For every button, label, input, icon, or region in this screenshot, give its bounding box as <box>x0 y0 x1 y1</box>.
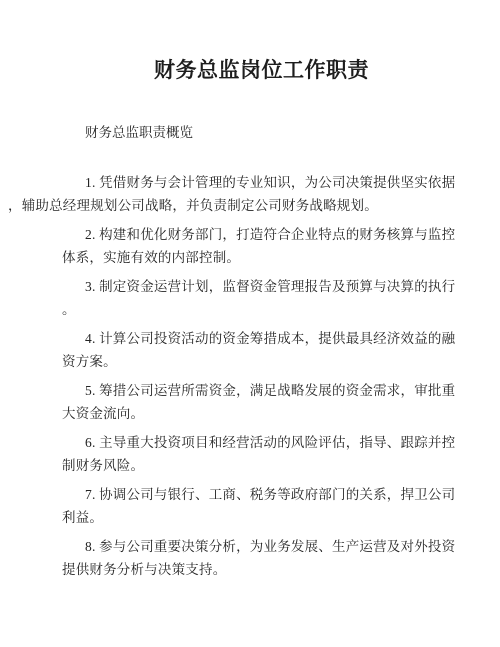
text-line: 。 <box>62 298 500 321</box>
text-line: 6. 主导重大投资项目和经营活动的风险评估，指导、跟踪并控 <box>85 431 500 454</box>
paragraph-2: 2. 构建和优化财务部门，打造符合企业特点的财务核算与监控 体系，实施有效的内部… <box>0 223 500 269</box>
document-title: 财务总监岗位工作职责 <box>0 0 500 84</box>
paragraph-3: 3. 制定资金运营计划，监督资金管理报告及预算与决算的执行 。 <box>0 275 500 321</box>
text-line: 制财务风险。 <box>62 454 500 477</box>
document-page: 财务总监岗位工作职责 财务总监职责概览 1. 凭借财务与会计管理的专业知识，为公… <box>0 0 500 647</box>
text-line: 5. 筹措公司运营所需资金，满足战略发展的资金需求，审批重 <box>85 379 500 402</box>
text-line: 3. 制定资金运营计划，监督资金管理报告及预算与决算的执行 <box>85 275 500 298</box>
paragraph-4: 4. 计算公司投资活动的资金筹措成本，提供最具经济效益的融 资方案。 <box>0 327 500 373</box>
paragraph-8: 8. 参与公司重要决策分析，为业务发展、生产运营及对外投资 提供财务分析与决策支… <box>0 535 500 581</box>
text-line: 利益。 <box>62 506 500 529</box>
paragraph-7: 7. 协调公司与银行、工商、税务等政府部门的关系，捍卫公司 利益。 <box>0 483 500 529</box>
text-line: ，辅助总经理规划公司战略，并负责制定公司财务战略规划。 <box>8 194 500 217</box>
text-line: 4. 计算公司投资活动的资金筹措成本，提供最具经济效益的融 <box>85 327 500 350</box>
text-line: 7. 协调公司与银行、工商、税务等政府部门的关系，捍卫公司 <box>85 483 500 506</box>
paragraph-5: 5. 筹措公司运营所需资金，满足战略发展的资金需求，审批重 大资金流向。 <box>0 379 500 425</box>
text-line: 1. 凭借财务与会计管理的专业知识，为公司决策提供坚实依据 <box>85 171 500 194</box>
text-line: 资方案。 <box>62 350 500 373</box>
text-line: 8. 参与公司重要决策分析，为业务发展、生产运营及对外投资 <box>85 535 500 558</box>
document-body: 1. 凭借财务与会计管理的专业知识，为公司决策提供坚实依据 ，辅助总经理规划公司… <box>0 171 500 581</box>
text-line: 体系，实施有效的内部控制。 <box>62 246 500 269</box>
paragraph-6: 6. 主导重大投资项目和经营活动的风险评估，指导、跟踪并控 制财务风险。 <box>0 431 500 477</box>
text-line: 大资金流向。 <box>62 402 500 425</box>
document-subtitle: 财务总监职责概览 <box>85 121 500 144</box>
text-line: 提供财务分析与决策支持。 <box>62 558 500 581</box>
text-line: 2. 构建和优化财务部门，打造符合企业特点的财务核算与监控 <box>85 223 500 246</box>
paragraph-1: 1. 凭借财务与会计管理的专业知识，为公司决策提供坚实依据 ，辅助总经理规划公司… <box>0 171 500 217</box>
